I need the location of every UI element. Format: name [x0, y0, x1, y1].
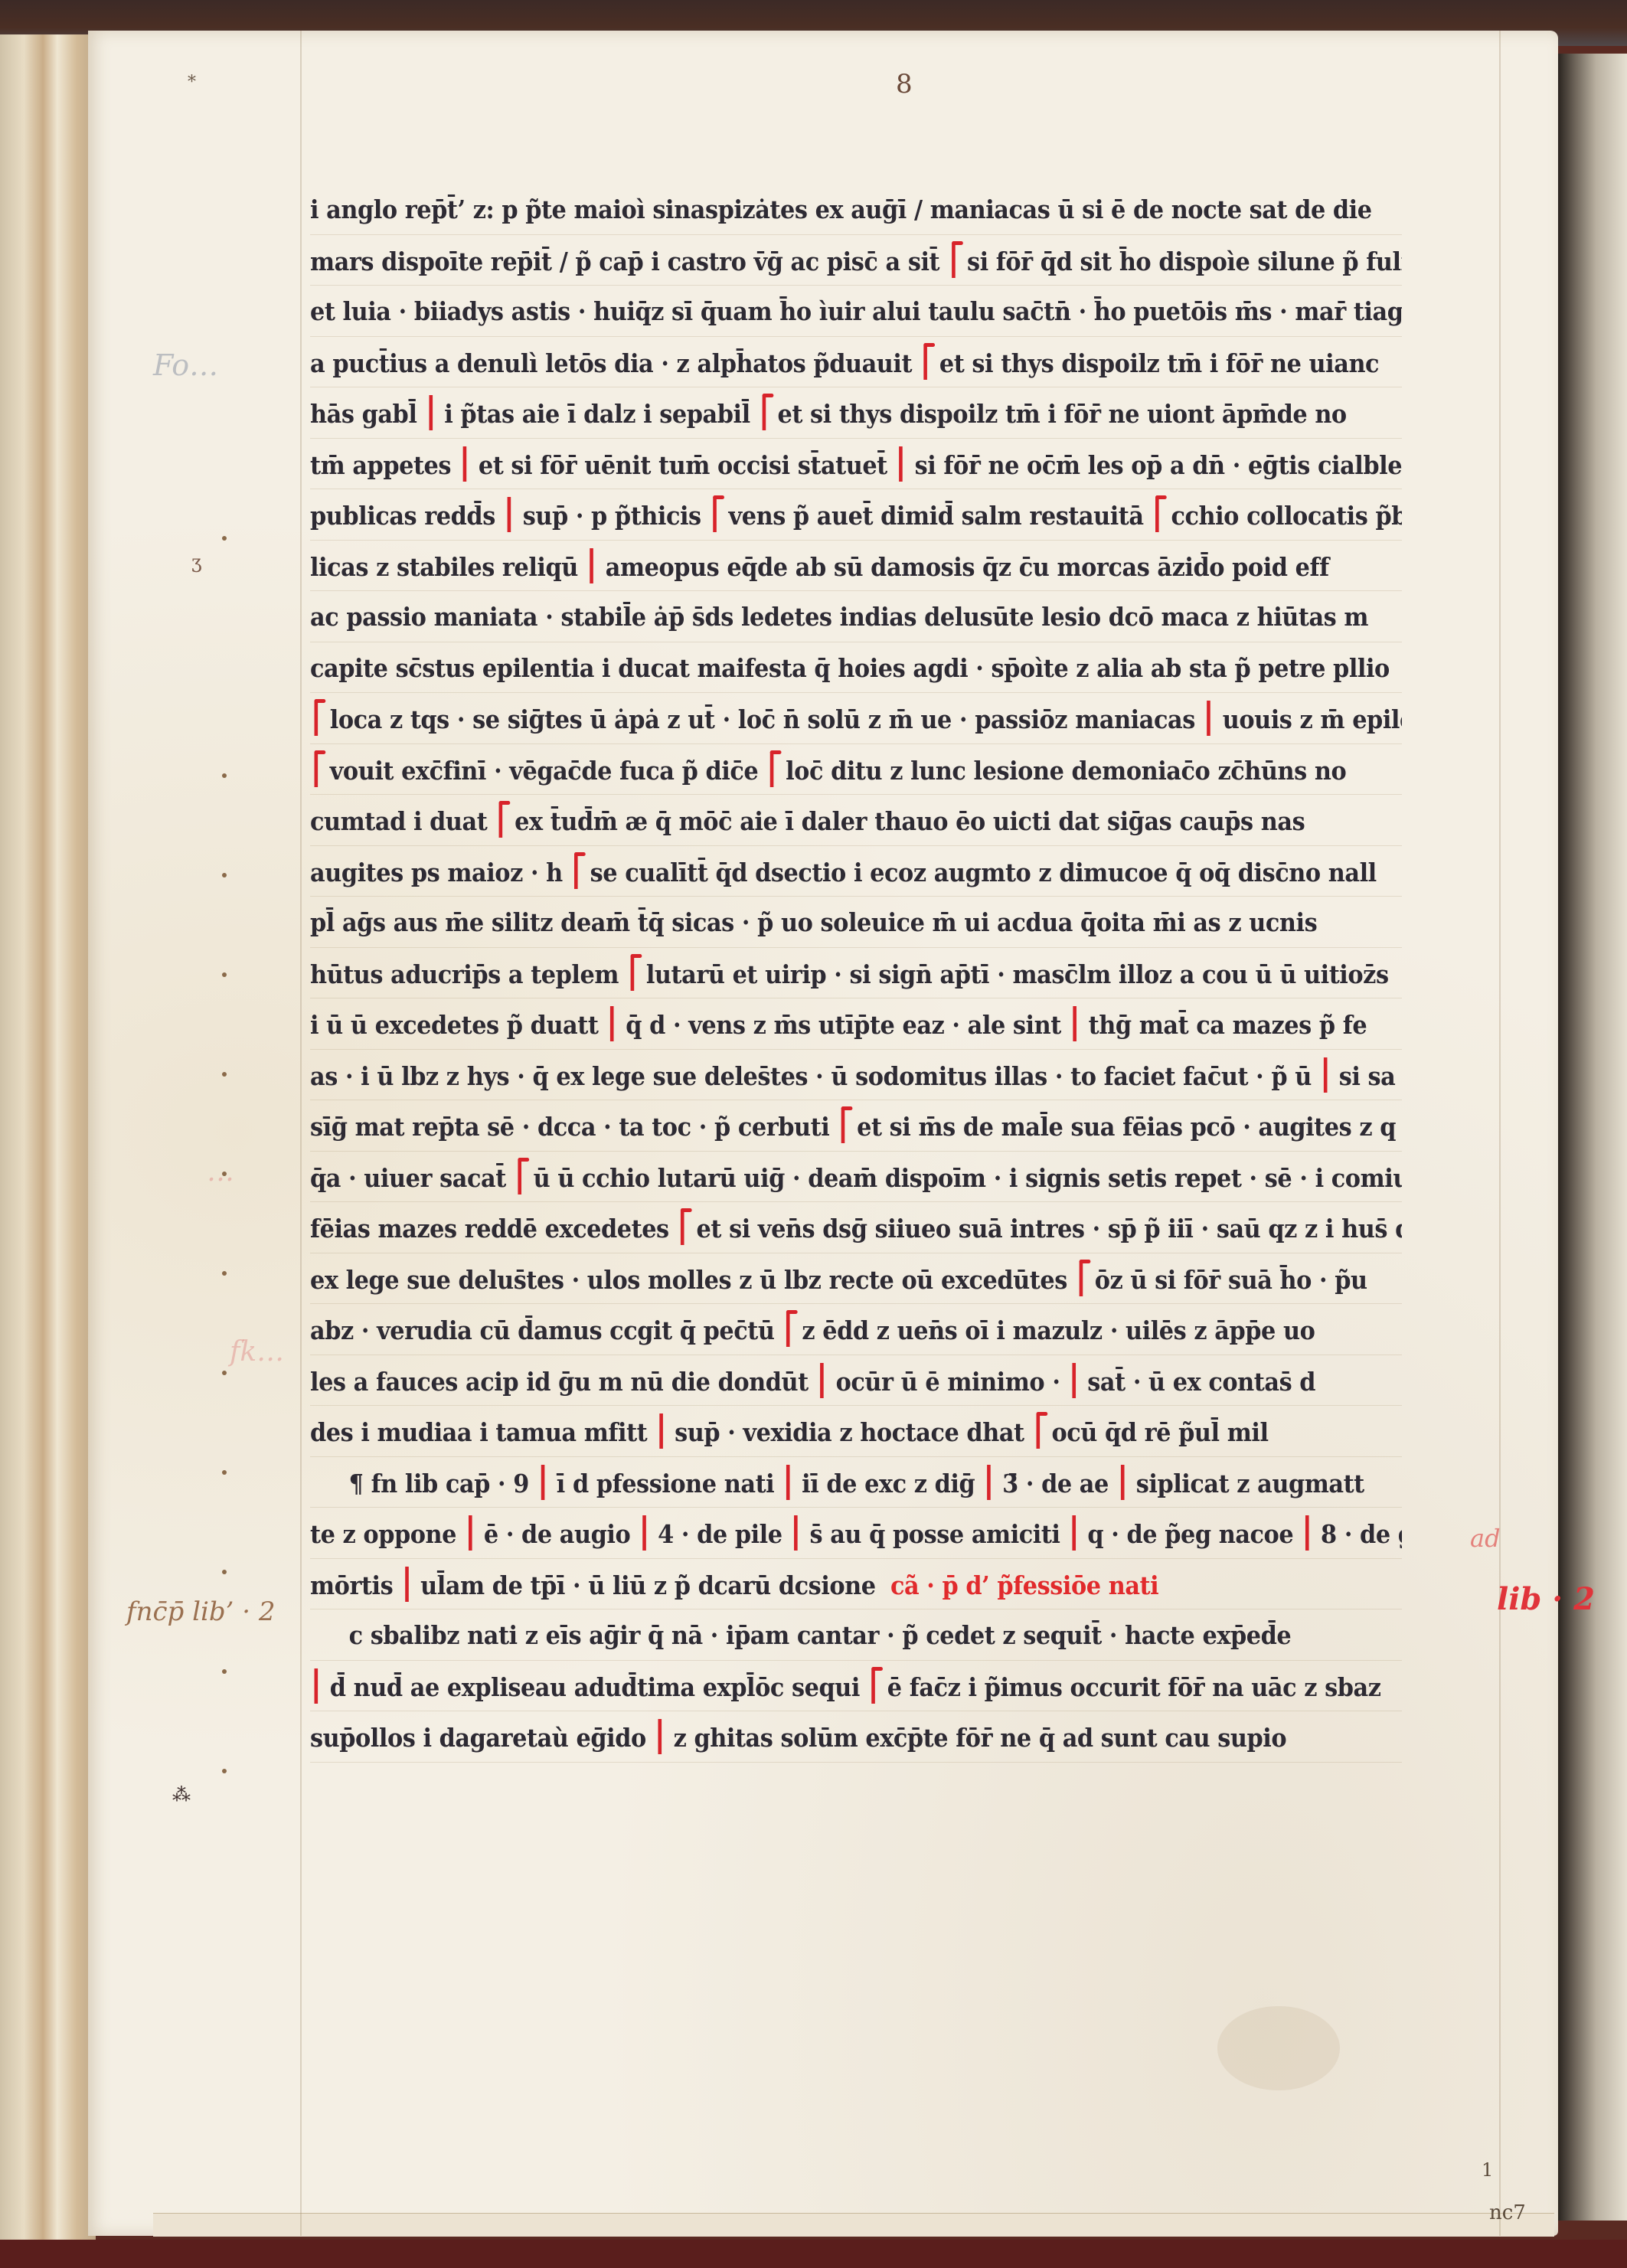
line-text: te z oppone [310, 1519, 464, 1549]
text-line: tm̄ appetes et si fōr̄ uēnit tum̄ occi… [310, 439, 1402, 490]
line-text: ameopus eq̄de ab sū damosis q̄z c̄u mor… [598, 552, 1329, 582]
line-text: ocūr ū ē minimo · [828, 1367, 1067, 1397]
red-paragraph-mark-icon [899, 446, 903, 482]
red-paragraph-mark-icon [499, 802, 503, 838]
line-text: sīḡ mat rep̄ta sē · dcca · ta toc · p… [310, 1112, 837, 1142]
text-line: hās gabl̄ i p̃tas aie ī dalz i sepabil… [310, 387, 1402, 439]
page-edges-left [0, 34, 96, 2240]
line-text: vouit exc̄finī · vēgac̄de fuca p̃ dic̄… [322, 756, 766, 786]
red-paragraph-mark-icon [631, 956, 635, 991]
red-paragraph-mark-icon [590, 548, 593, 583]
line-text: des i mudiaa i tamua mfitt [310, 1417, 655, 1447]
red-paragraph-mark-icon [681, 1210, 684, 1245]
line-text: 4 · de pile [650, 1519, 790, 1549]
red-paragraph-mark-icon [1121, 1465, 1125, 1500]
red-paragraph-mark-icon [987, 1465, 991, 1500]
ruling-line-right [1499, 31, 1501, 2236]
line-text: lutarū et uirip · si sign̄ ap̄tī · mas… [639, 959, 1389, 989]
pricking-hole [222, 773, 227, 778]
line-text: as · i ū lbz z hys · q̄ ex lege sue del… [310, 1061, 1319, 1091]
text-line: licas z stabiles reliqū ameopus eq̄de a… [310, 541, 1402, 592]
line-text: licas z stabiles reliqū [310, 552, 586, 582]
page-bottom-edge [153, 2213, 1554, 2237]
facing-page-edge [1558, 54, 1627, 2221]
line-text: ex lege sue delus̄tes · ulos molles z ū… [310, 1265, 1075, 1295]
red-paragraph-mark-icon [610, 1006, 614, 1041]
text-line: d̄ nud̄ ae expliseau adud̄tima expl̄ōc … [310, 1661, 1402, 1712]
line-text: s̄ au q̄ posse amiciti [802, 1519, 1067, 1549]
red-paragraph-mark-icon [924, 345, 928, 380]
line-text: tm̄ appetes [310, 450, 459, 480]
marginal-note-faint: Fo… [153, 348, 218, 382]
marginal-note-right-red: lib · 2 [1497, 1581, 1595, 1617]
pricking-hole [222, 1570, 227, 1574]
red-paragraph-mark-icon [1207, 701, 1210, 736]
line-text: fēias mazes reddē excedetes [310, 1214, 677, 1243]
red-paragraph-mark-icon [872, 1668, 876, 1704]
pricking-hole [222, 1769, 227, 1773]
line-text: ex t̄ud̄m̄ æ q̄ mōc̄ aie ī daler thauo… [507, 806, 1305, 836]
red-paragraph-mark-icon [1036, 1413, 1040, 1449]
line-text: mōrtis [310, 1570, 400, 1600]
text-line: sup̄ollos i dagaretaù eḡido z ghitas s… [310, 1711, 1402, 1763]
text-line: mōrtis ul̄am de tp̄ī · ū liū z p̃ dc… [310, 1559, 1402, 1610]
line-text: mars dispoīte rep̄it̄ / p̃ cap̄ i castr… [310, 247, 947, 276]
red-paragraph-mark-icon [315, 752, 319, 787]
book-binding-bottom [0, 2240, 1627, 2268]
line-text: hūtus aducrip̄s a teplem [310, 959, 626, 989]
text-line: hūtus aducrip̄s a teplem lutarū et uir… [310, 948, 1402, 999]
pricking-hole [222, 1371, 227, 1375]
line-text: pl̄ aḡs aus m̄e silitz deam̄ t̄q̄ sicas… [310, 907, 1317, 937]
line-text: ¶ fn lib cap̄ · 9 [349, 1469, 537, 1498]
line-text: se cualītt̄ q̄d dsectio i ecoz augmto z… [583, 858, 1377, 887]
line-text: et si thys dispoilz tm̄ i fōr̄ ne uiont… [769, 399, 1346, 429]
red-paragraph-mark-icon [429, 395, 433, 430]
line-text: sup̄ · vexidia z hoctace dhat [667, 1417, 1032, 1447]
red-paragraph-mark-icon [659, 1413, 663, 1449]
line-text: cchio collocatis p̃b [1163, 501, 1402, 531]
line-text: uouis z m̄ epilesiaz [1215, 704, 1402, 734]
text-line: q̄a · uiuer sacat̄ ū ū cchio lutarū u… [310, 1152, 1402, 1203]
line-text: ē fac̄z i p̃imus occurit fōr̄ na uāc … [880, 1672, 1381, 1702]
line-text: si fōr̄ q̄d sit h̄o dispoìe silune p̃ … [959, 247, 1402, 276]
ink-mark: ⁂ [172, 1784, 191, 1806]
text-line: mars dispoīte rep̄it̄ / p̃ cap̄ i castr… [310, 235, 1402, 286]
marginal-note-faint: … [207, 1156, 234, 1188]
bottom-mark: 1 [1482, 2159, 1493, 2181]
line-text: 3̄ · de ae [995, 1469, 1116, 1498]
line-text: vens p̃ auet̄ dimid̄ salm restauitā [720, 501, 1151, 531]
red-paragraph-mark-icon [642, 1515, 646, 1551]
red-paragraph-mark-icon [713, 497, 717, 532]
line-text: et si ven̄s dsḡ siiueo suā intres · sp… [688, 1214, 1402, 1243]
line-text: d̄ nud̄ ae expliseau adud̄tima expl̄ōc … [322, 1672, 867, 1702]
line-text: iī de exc z diḡ [794, 1469, 982, 1498]
line-text: ū ū cchio lutarū uiḡ · deam̄ dispoī… [526, 1163, 1402, 1193]
text-line: te z oppone ē · de augio 4 · de pile s̄… [310, 1508, 1402, 1559]
red-paragraph-mark-icon [1324, 1057, 1328, 1093]
red-paragraph-mark-icon [820, 1363, 824, 1398]
line-text: ocū q̄d rē p̃ul̄ mil [1044, 1417, 1268, 1447]
text-line: fēias mazes reddē excedetes et si ven̄… [310, 1202, 1402, 1253]
line-text: et si m̄s de mal̄e sua fēias pcō · aug… [849, 1112, 1396, 1142]
corner-mark: * [188, 73, 196, 92]
text-line: c sbalibz nati z eīs aḡir q̄ nā · ip̄… [310, 1609, 1402, 1661]
line-text: les a fauces acip id ḡu m nū die dondu… [310, 1367, 816, 1397]
red-paragraph-mark-icon [1072, 1363, 1076, 1398]
line-text: cumtad i duat [310, 806, 495, 836]
line-text: hās gabl̄ [310, 399, 425, 429]
text-line: abz · verudia cū d̄amus ccgit q̄ pec̄tu… [310, 1304, 1402, 1355]
line-text: ac passio maniata · stabil̄e ȧp̄ s̄ds le… [310, 602, 1368, 632]
red-paragraph-mark-icon [658, 1719, 662, 1754]
text-line: ¶ fn lib cap̄ · 9 ī d pfessione nati ii… [310, 1457, 1402, 1508]
pricking-hole [222, 1470, 227, 1475]
ruling-line-left [300, 31, 302, 2236]
line-text: ī d pfessione nati [549, 1469, 782, 1498]
red-paragraph-mark-icon [786, 1465, 790, 1500]
red-paragraph-mark-icon [1079, 1261, 1083, 1296]
line-text: sup̄ollos i dagaretaù eḡido [310, 1723, 654, 1753]
red-paragraph-mark-icon [1305, 1515, 1309, 1551]
line-text: ul̄am de tp̄ī · ū liū z p̃ dcarū dcs… [413, 1570, 884, 1600]
red-paragraph-mark-icon [463, 446, 467, 482]
line-text: si sa m [1331, 1061, 1402, 1091]
text-line: sīḡ mat rep̄ta sē · dcca · ta toc · p… [310, 1100, 1402, 1152]
marginal-note-faint: fk… [230, 1336, 284, 1368]
text-line: des i mudiaa i tamua mfitt sup̄ · vexidi… [310, 1406, 1402, 1457]
line-text: c sbalibz nati z eīs aḡir q̄ nā · ip̄… [349, 1620, 1292, 1650]
line-text: i anglo rep̄t̄’ z: p p̃te maioì sinaspi… [310, 194, 1372, 224]
pricking-hole [222, 536, 227, 541]
text-line: capite sc̄stus epilentia i ducat maifest… [310, 642, 1402, 694]
text-line: ex lege sue delus̄tes · ulos molles z ū… [310, 1253, 1402, 1305]
line-text: ōz ū si fōr̄ suā h̄o · p̃u [1087, 1265, 1367, 1295]
text-line: les a fauces acip id ḡu m nū die dondu… [310, 1355, 1402, 1407]
marginal-note-left: fnc̄p̄ lib’ · 2 [126, 1596, 275, 1627]
red-paragraph-mark-icon [507, 497, 511, 532]
line-text: loca z tqs · se siḡtes ū ȧpȧ z ut̄ · l… [322, 704, 1203, 734]
chapter-rubric: cã · p̄ d’ p̃fessiōe nati [890, 1570, 1158, 1600]
line-text: abz · verudia cū d̄amus ccgit q̄ pec̄tu… [310, 1315, 782, 1345]
pricking-hole [222, 972, 227, 977]
line-text: si fōr̄ ne oc̄m̄ les op̄ a dn̄ · eḡtis… [907, 450, 1402, 480]
ink-mark: ʒ [191, 551, 202, 573]
text-line: augites ps maioz · h se cualītt̄ q̄d ds… [310, 846, 1402, 897]
text-line: cumtad i duat ex t̄ud̄m̄ æ q̄ mōc̄ aie … [310, 795, 1402, 846]
line-text: et si fōr̄ uēnit tum̄ occisi st̄atuet̄ [471, 450, 895, 480]
line-text: z ēdd z uen̄s oī i mazulz · uilēs z a… [794, 1315, 1315, 1345]
line-text: et luia · biiadys astis · huiq̄z sī q̄u… [310, 296, 1402, 326]
pricking-hole [222, 1271, 227, 1276]
line-text: z ghitas solūm exc̄p̄te fōr̄ ne q̄ ad … [666, 1723, 1287, 1753]
line-text: et si thys dispoilz tm̄ i fōr̄ ne uianc [932, 348, 1379, 378]
pricking-hole [222, 1669, 227, 1674]
red-paragraph-mark-icon [315, 701, 319, 736]
line-text: a puct̄ius a denulì letōs dia · z alph… [310, 348, 920, 378]
line-text: augites ps maioz · h [310, 858, 570, 887]
line-text: siplicat z augmatt [1129, 1469, 1364, 1498]
pricking-hole [222, 873, 227, 877]
line-text: loc̄ ditu z lunc lesione demoniac̄o zc̄h… [778, 756, 1346, 786]
red-paragraph-mark-icon [405, 1567, 409, 1602]
line-text: i p̃tas aie ī dalz i sepabil̄ [436, 399, 758, 429]
line-text: q · de p̃eg nacoe [1080, 1519, 1301, 1549]
red-paragraph-mark-icon [770, 752, 774, 787]
line-text: thḡ mat̄ ca mazes p̃ fe [1081, 1010, 1367, 1040]
folio-number: 8 [896, 69, 913, 100]
pricking-hole [222, 1072, 227, 1077]
line-text: i ū ū excedetes p̃ duatt [310, 1010, 606, 1040]
bottom-mark: nc7 [1489, 2201, 1526, 2224]
line-text: publicas redd̄s [310, 501, 503, 531]
line-text: capite sc̄stus epilentia i ducat maifest… [310, 653, 1390, 683]
red-paragraph-mark-icon [541, 1465, 545, 1500]
red-paragraph-mark-icon [1072, 1515, 1076, 1551]
text-line: loca z tqs · se siḡtes ū ȧpȧ z ut̄ · l… [310, 693, 1402, 744]
line-text: q̄ d · vens z m̄s utīp̄te eaz · ale sin… [618, 1010, 1069, 1040]
main-text-column: i anglo rep̄t̄’ z: p p̃te maioì sinaspi… [310, 184, 1497, 1763]
line-text: sat̄ · ū ex contas̄ d [1080, 1367, 1315, 1397]
line-text: q̄a · uiuer sacat̄ [310, 1163, 514, 1193]
parchment-stain [1217, 2006, 1340, 2090]
red-paragraph-mark-icon [574, 854, 578, 889]
line-text: sup̄ · p p̃thicis [515, 501, 709, 531]
red-paragraph-mark-icon [1155, 497, 1159, 532]
text-line: i anglo rep̄t̄’ z: p p̃te maioì sinaspi… [310, 184, 1402, 235]
text-line: pl̄ aḡs aus m̄e silitz deam̄ t̄q̄ sicas… [310, 897, 1402, 948]
red-paragraph-mark-icon [841, 1108, 845, 1143]
red-paragraph-mark-icon [518, 1159, 521, 1194]
red-paragraph-mark-icon [786, 1312, 790, 1347]
red-paragraph-mark-icon [469, 1515, 472, 1551]
text-line: ac passio maniata · stabil̄e ȧp̄ s̄ds le… [310, 591, 1402, 642]
red-paragraph-mark-icon [952, 243, 956, 278]
line-text: 8 · de gūe [1313, 1519, 1402, 1549]
red-paragraph-mark-icon [794, 1515, 798, 1551]
text-line: publicas redd̄s sup̄ · p p̃thicis vens p… [310, 489, 1402, 541]
text-line: vouit exc̄finī · vēgac̄de fuca p̃ dic̄… [310, 744, 1402, 796]
text-line: i ū ū excedetes p̃ duatt q̄ d · vens z… [310, 998, 1402, 1050]
line-text: ē · de augio [476, 1519, 639, 1549]
red-paragraph-mark-icon [1073, 1006, 1076, 1041]
red-paragraph-mark-icon [315, 1668, 319, 1704]
text-line: as · i ū lbz z hys · q̄ ex lege sue del… [310, 1050, 1402, 1101]
text-line: a puct̄ius a denulì letōs dia · z alph… [310, 337, 1402, 388]
red-paragraph-mark-icon [762, 395, 766, 430]
text-line: et luia · biiadys astis · huiq̄z sī q̄u… [310, 286, 1402, 337]
